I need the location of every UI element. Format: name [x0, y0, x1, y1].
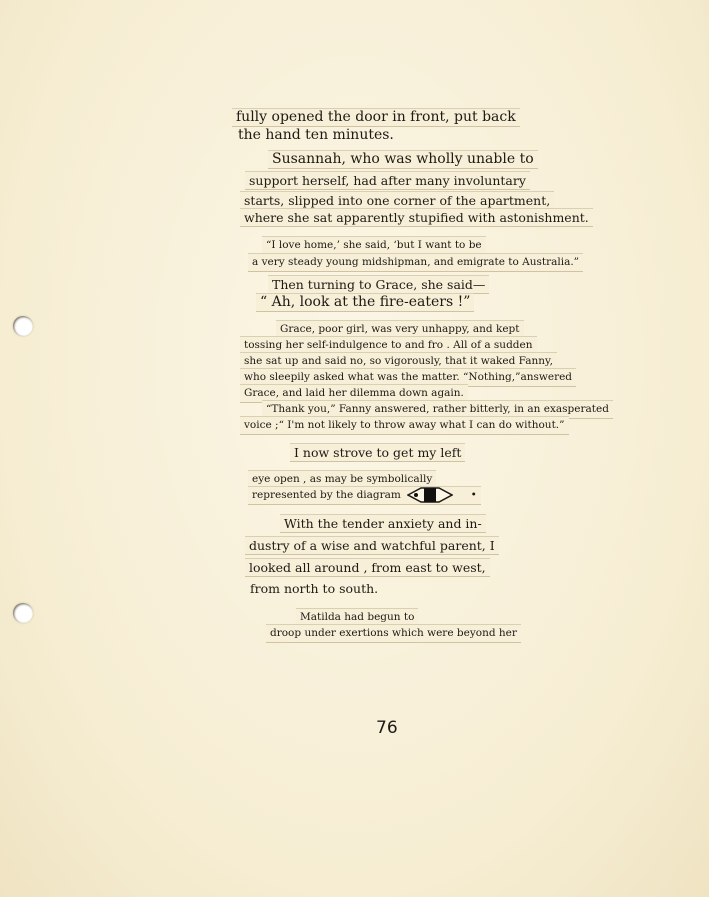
- text-line: With the tender anxiety and in-: [280, 514, 486, 533]
- text-line: from north to south.: [246, 580, 382, 597]
- eye-diagram-icon: [407, 487, 453, 503]
- text-line: I now strove to get my left: [290, 443, 465, 462]
- text-line: where she sat apparently stupified with …: [240, 208, 593, 227]
- text-line: Susannah, who was wholly unable to: [268, 150, 538, 169]
- text-line: looked all around , from east to west,: [245, 558, 490, 577]
- text-line: support herself, had after many involunt…: [245, 171, 530, 190]
- text-line: the hand ten minutes.: [234, 127, 398, 144]
- page-number: 76: [376, 718, 398, 738]
- punch-hole-bottom: [13, 603, 33, 623]
- text-line: “ Ah, look at the fire-eaters !”: [256, 293, 474, 312]
- text-line: voice ;“ I'm not likely to throw away wh…: [240, 416, 569, 435]
- text-line: droop under exertions which were beyond …: [266, 624, 521, 643]
- text-line: a very steady young midshipman, and emig…: [248, 253, 583, 272]
- text-line: represented by the diagram •: [248, 486, 481, 505]
- text-line: fully opened the door in front, put back: [232, 108, 520, 127]
- text-line: Then turning to Grace, she said—: [268, 275, 489, 294]
- text-fragment: represented by the diagram: [252, 489, 401, 501]
- punch-hole-top: [13, 316, 33, 336]
- text-line: dustry of a wise and watchful parent, I: [245, 536, 499, 555]
